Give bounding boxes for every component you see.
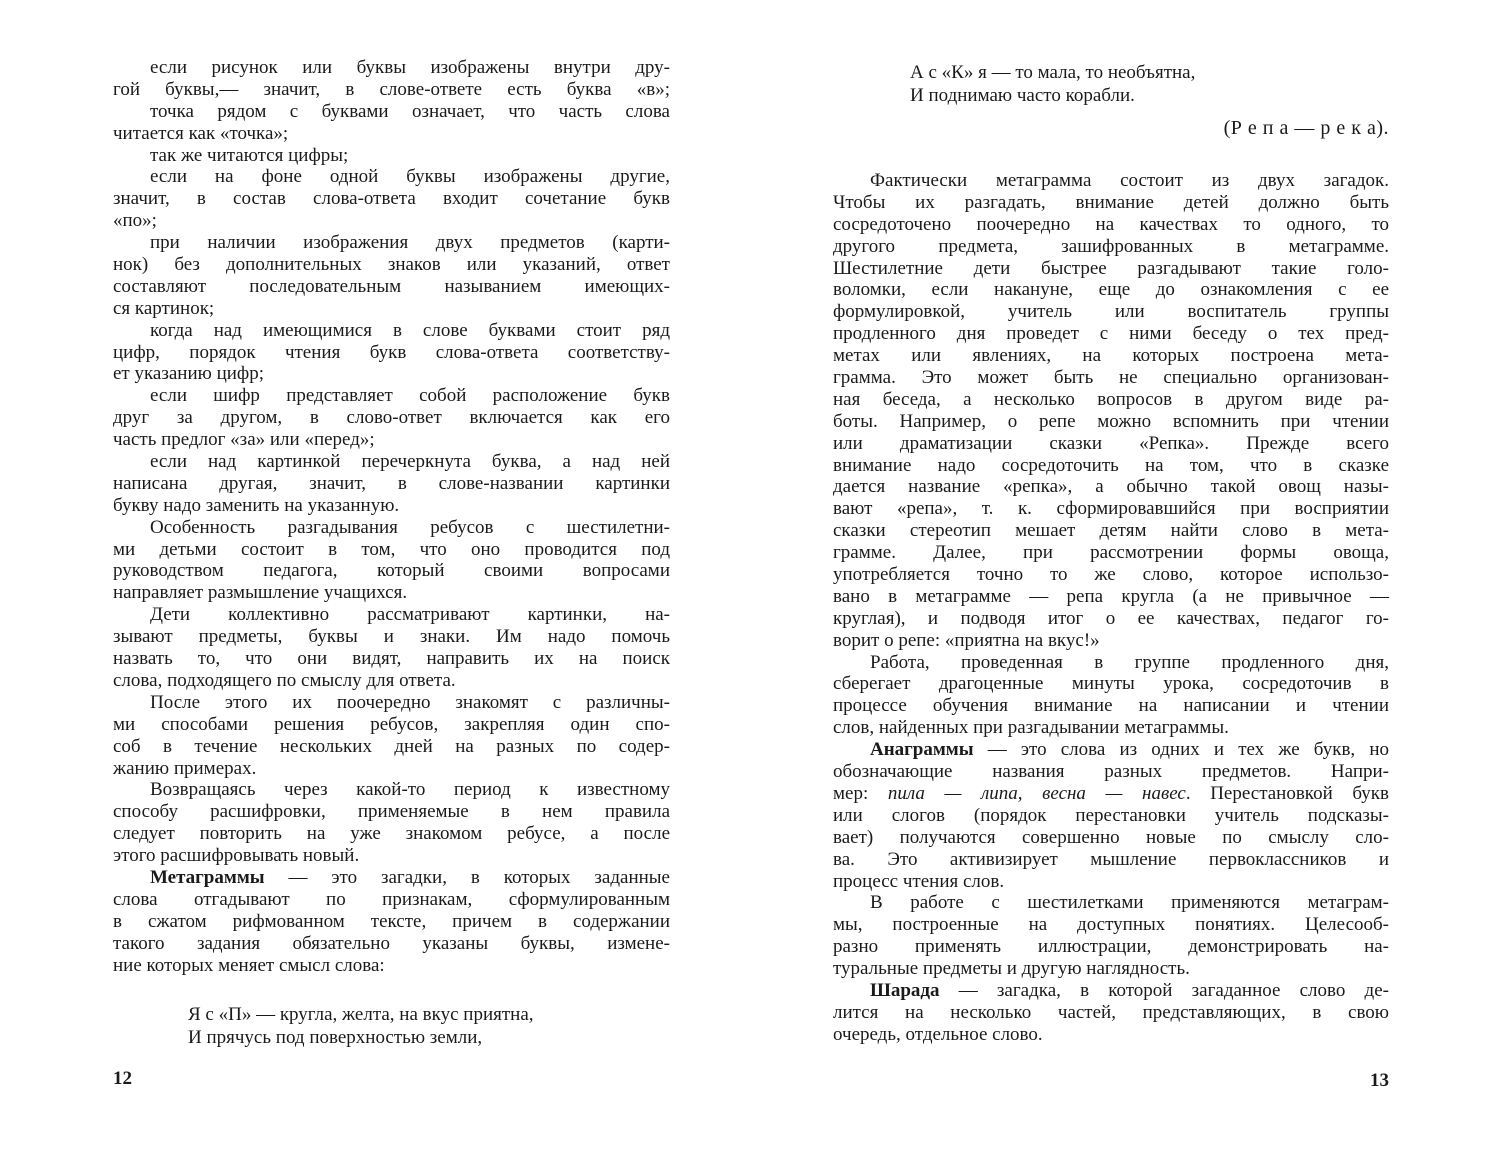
text-line: разно применять иллюстрации, демонстриро… xyxy=(833,936,1389,958)
text-line: ворит о репе: «приятна на вкус!» xyxy=(833,630,1389,652)
text-line: ет указанию цифр; xyxy=(113,363,670,385)
text-line: ми детьми состоит в том, что оно проводи… xyxy=(113,539,670,561)
text-line: написана другая, значит, в слове-названи… xyxy=(113,473,670,495)
text-line: боты. Например, о репе можно вспомнить п… xyxy=(833,411,1389,433)
text-line: употребляется точно то же слово, которое… xyxy=(833,564,1389,586)
text-line: другого предмета, зашифрованных в метагр… xyxy=(833,236,1389,258)
term-bold: Метаграммы xyxy=(150,867,265,888)
text-line: ся картинок; xyxy=(113,298,670,320)
text-line: Дети коллективно рассматривают картинки,… xyxy=(113,604,670,626)
text-line: точка рядом с буквами означает, что част… xyxy=(113,101,670,123)
text-line: воломки, если накануне, еще до ознакомле… xyxy=(833,279,1389,301)
text-line: вано в метаграмме — репа кругла (а не пр… xyxy=(833,586,1389,608)
text-line: значит, в состав слова-ответа входит соч… xyxy=(113,188,670,210)
text-line: когда над имеющимися в слове буквами сто… xyxy=(113,320,670,342)
text-line: в сжатом рифмованном тексте, причем в со… xyxy=(113,911,670,933)
text-line: следует повторить на уже знакомом ребусе… xyxy=(113,823,670,845)
example-italic: пила — липа, весна — навес xyxy=(888,783,1186,804)
text-line: этого расшифровывать новый. xyxy=(113,845,670,867)
right-page-verse: А с «К» я — то мала, то необъятна, И под… xyxy=(910,62,1389,108)
left-page-body: если рисунок или буквы изображены внутри… xyxy=(113,57,670,976)
page-number-right: 13 xyxy=(1370,1070,1389,1092)
text-line: сказки стереотип мешает детям найти слов… xyxy=(833,520,1389,542)
text-line: вают «репа», т. к. сформировавшийся при … xyxy=(833,498,1389,520)
text-line: назвать то, что они видят, направить их … xyxy=(113,648,670,670)
term-bold: Анаграммы xyxy=(870,739,974,760)
verse-line: Я с «П» — кругла, желта, на вкус приятна… xyxy=(188,1004,670,1027)
text-line: руководством педагога, который своими во… xyxy=(113,560,670,582)
text-line: ная беседа, а несколько вопросов в друго… xyxy=(833,389,1389,411)
text-line: ва. Это активизирует мышление первокласс… xyxy=(833,849,1389,871)
text-line: сберегает драгоценные минуты урока, соср… xyxy=(833,673,1389,695)
text-line: Шарада — загадка, в которой загаданное с… xyxy=(833,980,1389,1002)
text-line: так же читаются цифры; xyxy=(113,145,670,167)
right-page-body: Фактически метаграмма состоит из двух за… xyxy=(833,170,1389,1046)
text-line: сосредоточено поочередно на качествах то… xyxy=(833,214,1389,236)
text-line: «по»; xyxy=(113,210,670,232)
text-line: слова отгадывают по признакам, сформулир… xyxy=(113,889,670,911)
text-line: процесс чтения слов. xyxy=(833,871,1389,893)
text-line: Анаграммы — это слова из одних и тех же … xyxy=(833,739,1389,761)
text-line: дается название «репка», а обычно такой … xyxy=(833,476,1389,498)
text-line: мер: пила — липа, весна — навес. Переста… xyxy=(833,783,1389,805)
text-line: Фактически метаграмма состоит из двух за… xyxy=(833,170,1389,192)
text-line: Особенность разгадывания ребусов с шести… xyxy=(113,517,670,539)
text-line: жанию примерах. xyxy=(113,758,670,780)
text-line: направляет размышление учащихся. xyxy=(113,582,670,604)
verse-line: И прячусь под поверхностью земли, xyxy=(188,1027,670,1050)
text-line: Возвращаясь через какой-то период к изве… xyxy=(113,779,670,801)
text-line: формулировкой, учитель или воспитатель г… xyxy=(833,301,1389,323)
text-line: метах или явлениях, на которых построена… xyxy=(833,345,1389,367)
page-number-left: 12 xyxy=(113,1068,132,1090)
metagram-answer: (Р е п а — р е к а). xyxy=(833,118,1389,140)
text-line: если рисунок или буквы изображены внутри… xyxy=(113,57,670,79)
text-line: нок) без дополнительных знаков или указа… xyxy=(113,254,670,276)
text-line: если шифр представляет собой расположени… xyxy=(113,385,670,407)
text-line: После этого их поочередно знакомят с раз… xyxy=(113,692,670,714)
text-line: Метаграммы — это загадки, в которых зада… xyxy=(113,867,670,889)
text-line: процессе обучения внимание на написании … xyxy=(833,695,1389,717)
text-line: вает) получаются совершенно новые по смы… xyxy=(833,827,1389,849)
text-line: Шестилетние дети быстрее разгадывают так… xyxy=(833,258,1389,280)
text-line: если на фоне одной буквы изображены друг… xyxy=(113,166,670,188)
verse-line: И поднимаю часто корабли. xyxy=(910,85,1389,108)
text-line: ми способами решения ребусов, закрепляя … xyxy=(113,714,670,736)
text-line: мы, построенные на доступных понятиях. Ц… xyxy=(833,914,1389,936)
text-line: часть предлог «за» или «перед»; xyxy=(113,429,670,451)
text-line: грамме. Далее, при рассмотрении формы ов… xyxy=(833,542,1389,564)
text-line: ние которых меняет смысл слова: xyxy=(113,955,670,977)
text-line: составляют последовательным называнием и… xyxy=(113,276,670,298)
text-line: обозначающие названия разных предметов. … xyxy=(833,761,1389,783)
term-bold: Шарада xyxy=(870,980,940,1001)
left-page-verse: Я с «П» — кругла, желта, на вкус приятна… xyxy=(188,1004,670,1050)
text-line: способу расшифровки, применяемые в нем п… xyxy=(113,801,670,823)
text-line: или слогов (порядок перестановки учитель… xyxy=(833,805,1389,827)
text-line: грамма. Это может быть не специально орг… xyxy=(833,367,1389,389)
text-line: Чтобы их разгадать, внимание детей должн… xyxy=(833,192,1389,214)
text-line: букву надо заменить на указанную. xyxy=(113,495,670,517)
text-line: или драматизации сказки «Репка». Прежде … xyxy=(833,433,1389,455)
text-line: слов, найденных при разгадывании метагра… xyxy=(833,717,1389,739)
text-line: соб в течение нескольких дней на разных … xyxy=(113,736,670,758)
text-line: лится на несколько частей, представляющи… xyxy=(833,1002,1389,1024)
text-line: читается как «точка»; xyxy=(113,123,670,145)
text-line: очередь, отдельное слово. xyxy=(833,1024,1389,1046)
text-line: внимание надо сосредоточить на том, что … xyxy=(833,455,1389,477)
text-line: туральные предметы и другую наглядность. xyxy=(833,958,1389,980)
text-line: цифр, порядок чтения букв слова-ответа с… xyxy=(113,342,670,364)
text-line: Работа, проведенная в группе продленного… xyxy=(833,652,1389,674)
text-line: друг за другом, в слово-ответ включается… xyxy=(113,407,670,429)
text-line: при наличии изображения двух предметов (… xyxy=(113,232,670,254)
text-line: такого задания обязательно указаны буквы… xyxy=(113,933,670,955)
text-line: В работе с шестилетками применяются мета… xyxy=(833,892,1389,914)
text-line: зывают предметы, буквы и знаки. Им надо … xyxy=(113,626,670,648)
text-line: если над картинкой перечеркнута буква, а… xyxy=(113,451,670,473)
text-line: круглая), и подводя итог о ее качествах,… xyxy=(833,608,1389,630)
text-line: гой буквы,— значит, в слове-ответе есть … xyxy=(113,79,670,101)
text-line: слова, подходящего по смыслу для ответа. xyxy=(113,670,670,692)
text-line: продленного дня проведет с ними беседу о… xyxy=(833,323,1389,345)
verse-line: А с «К» я — то мала, то необъятна, xyxy=(910,62,1389,85)
